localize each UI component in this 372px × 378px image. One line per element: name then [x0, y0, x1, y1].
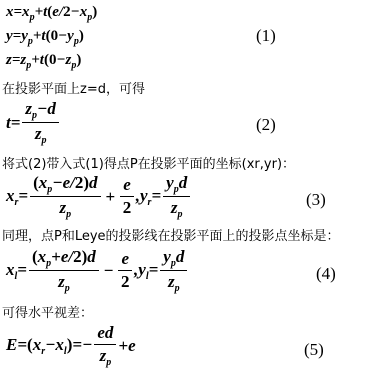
- equation-5-label: (5): [304, 340, 324, 360]
- equation-3-label: (3): [306, 190, 326, 210]
- equation-1-z: z=zp+t(0−zp): [6, 52, 81, 71]
- paragraph-text-1: 在投影平面上z=d，可得: [2, 78, 145, 97]
- paragraph-text-3: 同理，点P和Leye的投影线在投影平面上的投影点坐标是：: [2, 225, 340, 244]
- equation-1-x: x=xp+t(e/2−xp): [6, 4, 97, 23]
- equation-5: E=(xr−xl)=− ed zp +e: [6, 324, 136, 368]
- equation-2: t= zp−d zp: [6, 100, 61, 146]
- equation-4: xl= (xp+e/2)d zp − e 2 ,yl= ypd zp: [6, 248, 189, 294]
- equation-4-label: (4): [316, 264, 336, 284]
- equation-2-label: (2): [256, 115, 276, 135]
- equation-3: xr= (xp−e/2)d zp + e 2 ,yr= ypd zp: [6, 174, 192, 220]
- equation-1-label: (1): [256, 26, 276, 46]
- paragraph-text-2: 将式(2)带入式(1)得点P在投影平面的坐标(xr,yr)：: [2, 153, 295, 172]
- equation-1-y: y=yp+t(0−yp): [6, 28, 84, 47]
- paragraph-text-4: 可得水平视差：: [2, 302, 93, 321]
